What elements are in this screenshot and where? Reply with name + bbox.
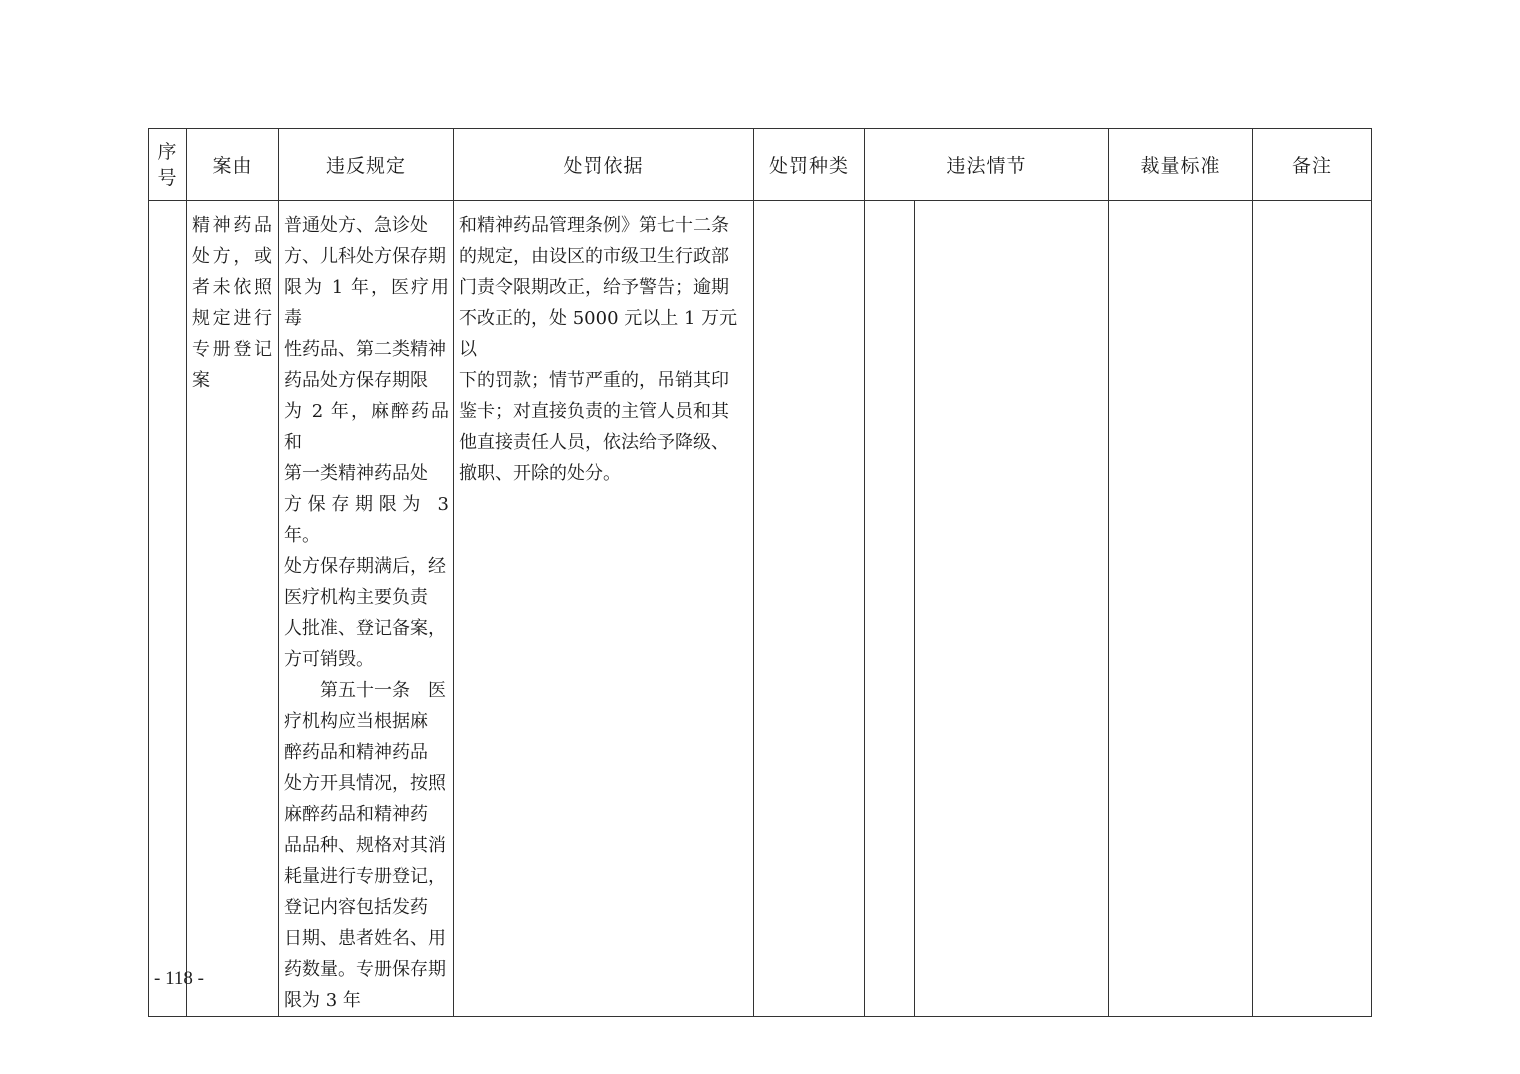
violation-line: 药数量。专册保存期 bbox=[284, 954, 449, 985]
violation-line: 日期、患者姓名、用 bbox=[284, 923, 449, 954]
document-page: 序 号 案由 违反规定 处罚依据 处罚种类 违法情节 裁量标准 备注 精神药品处… bbox=[0, 0, 1520, 1074]
violation-line: 方、儿科处方保存期 bbox=[284, 241, 449, 272]
cell-violation: 普通处方、急诊处 方、儿科处方保存期 限为 1 年，医疗用毒 性药品、第二类精神… bbox=[279, 201, 454, 1017]
basis-text: 和精神药品管理条例》第七十二条 的规定，由设区的市级卫生行政部 门责令限期改正，… bbox=[454, 201, 753, 489]
header-violation: 违反规定 bbox=[279, 129, 454, 201]
violation-line: 人批准、登记备案， bbox=[284, 613, 449, 644]
violation-line: 第五十一条 医 bbox=[284, 675, 449, 706]
header-standard: 裁量标准 bbox=[1109, 129, 1253, 201]
header-case: 案由 bbox=[187, 129, 279, 201]
cell-basis: 和精神药品管理条例》第七十二条 的规定，由设区的市级卫生行政部 门责令限期改正，… bbox=[454, 201, 754, 1017]
violation-line: 处方开具情况，按照 bbox=[284, 768, 449, 799]
violation-line: 性药品、第二类精神 bbox=[284, 334, 449, 365]
header-basis: 处罚依据 bbox=[454, 129, 754, 201]
header-remarks: 备注 bbox=[1253, 129, 1372, 201]
basis-line: 鉴卡；对直接负责的主管人员和其 bbox=[459, 396, 749, 427]
basis-line: 门责令限期改正，给予警告；逾期 bbox=[459, 272, 749, 303]
basis-line: 下的罚款；情节严重的，吊销其印 bbox=[459, 365, 749, 396]
violation-line: 疗机构应当根据麻 bbox=[284, 706, 449, 737]
violation-line: 方可销毁。 bbox=[284, 644, 449, 675]
basis-line: 和精神药品管理条例》第七十二条 bbox=[459, 210, 749, 241]
violation-line: 限为 3 年 bbox=[284, 985, 449, 1016]
basis-line: 不改正的，处 5000 元以上 1 万元以 bbox=[459, 303, 749, 365]
violation-line: 限为 1 年，医疗用毒 bbox=[284, 272, 449, 334]
cell-circumstances-a bbox=[865, 201, 915, 1017]
header-penalty-type: 处罚种类 bbox=[754, 129, 865, 201]
cell-remarks bbox=[1253, 201, 1372, 1017]
basis-line: 他直接责任人员，依法给予降级、 bbox=[459, 427, 749, 458]
violation-text: 普通处方、急诊处 方、儿科处方保存期 限为 1 年，医疗用毒 性药品、第二类精神… bbox=[279, 201, 453, 1016]
violation-line: 普通处方、急诊处 bbox=[284, 210, 449, 241]
table-row: 精神药品处方，或者未依照规定进行专册登记案 普通处方、急诊处 方、儿科处方保存期… bbox=[149, 201, 1372, 1017]
violation-line: 登记内容包括发药 bbox=[284, 892, 449, 923]
violation-line: 医疗机构主要负责 bbox=[284, 582, 449, 613]
penalty-discretion-table: 序 号 案由 违反规定 处罚依据 处罚种类 违法情节 裁量标准 备注 精神药品处… bbox=[148, 128, 1372, 1017]
violation-line: 药品处方保存期限 bbox=[284, 365, 449, 396]
violation-line: 第一类精神药品处 bbox=[284, 458, 449, 489]
basis-line: 的规定，由设区的市级卫生行政部 bbox=[459, 241, 749, 272]
case-text: 精神药品处方，或者未依照规定进行专册登记案 bbox=[187, 201, 278, 396]
violation-line: 为 2 年，麻醉药品和 bbox=[284, 396, 449, 458]
violation-line: 处方保存期满后，经 bbox=[284, 551, 449, 582]
violation-line: 耗量进行专册登记， bbox=[284, 861, 449, 892]
violation-line: 醉药品和精神药品 bbox=[284, 737, 449, 768]
header-row: 序 号 案由 违反规定 处罚依据 处罚种类 违法情节 裁量标准 备注 bbox=[149, 129, 1372, 201]
page-number: - 118 - bbox=[154, 968, 204, 990]
violation-line: 方保存期限为 3 年。 bbox=[284, 489, 449, 551]
header-seq-label: 序 号 bbox=[157, 141, 177, 189]
header-circumstances: 违法情节 bbox=[865, 129, 1109, 201]
violation-line: 麻醉药品和精神药 bbox=[284, 799, 449, 830]
header-seq: 序 号 bbox=[149, 129, 187, 201]
cell-circumstances-b bbox=[915, 201, 1109, 1017]
cell-seq bbox=[149, 201, 187, 1017]
basis-line: 撤职、开除的处分。 bbox=[459, 458, 749, 489]
cell-penalty-type bbox=[754, 201, 865, 1017]
cell-standard bbox=[1109, 201, 1253, 1017]
violation-line: 品品种、规格对其消 bbox=[284, 830, 449, 861]
cell-case: 精神药品处方，或者未依照规定进行专册登记案 bbox=[187, 201, 279, 1017]
